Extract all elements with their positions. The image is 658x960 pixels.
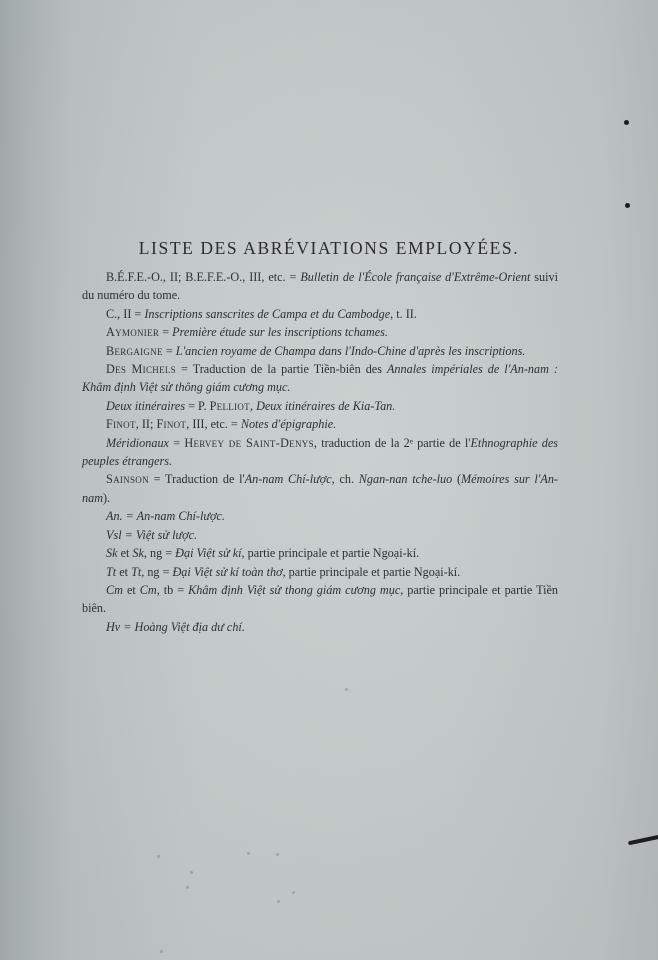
entry-text: , tb = [157,583,188,597]
italic-text: Deux itinéraires [106,399,185,413]
entry-text: , ng = [144,546,175,560]
italic-text: L'ancien royame de Champa dans l'Indo-Ch… [176,344,526,358]
entry-text: = P. [185,399,210,413]
author-name: Pelliot [210,399,250,413]
abbreviation-entry: Deux itinéraires = P. Pelliot, Deux itin… [82,397,558,415]
paper-foxing [186,886,189,889]
abbreviation-entry: Sainson = Traduction de l'An-nam Chí-lượ… [82,470,558,507]
italic-text: Hv = Hoàng Việt địa dư chí. [106,620,245,634]
abbreviation-entry: Sk et Sk, ng = Đại Việt sử kí, partie pr… [82,544,558,562]
italic-text: Vsl = Việt sử lược. [106,528,197,542]
entry-text: et [123,583,140,597]
entry-text: , II; [136,417,157,431]
entry-text: , traduction de la 2ᵉ partie de l' [314,436,471,450]
italic-text: Đại Việt sử kí [175,546,241,560]
paper-foxing [190,871,193,874]
italic-text: Inscriptions sanscrites de Campa et du C… [144,307,390,321]
entry-text: , partie principale et partie Ngoại-kí. [283,565,461,579]
italic-text: Sk [132,546,144,560]
abbreviation-entry: Vsl = Việt sử lược. [82,526,558,544]
entry-text: = [159,325,172,339]
abbreviation-entry: C., II = Inscriptions sanscrites de Camp… [82,305,558,323]
italic-text: Tt [131,565,141,579]
entry-text: ( [452,472,461,486]
abbreviation-entry: Hv = Hoàng Việt địa dư chí. [82,618,558,636]
italic-text: Ngan-nan tche-luo [359,472,452,486]
abbreviation-entry: Aymonier = Première étude sur les inscri… [82,323,558,341]
entry-text: , t. II. [390,307,417,321]
entry-text: = Traduction de la partie Tiền-biên des [176,362,387,376]
author-name: Des Michels [106,362,176,376]
abbreviation-list: B.É.F.E.-O., II; B.E.F.E.-O., III, etc. … [82,268,558,636]
entry-text: , partie principale et partie Ngoại-kí. [242,546,420,560]
italic-text: Đại Việt sử kí toàn thơ [172,565,282,579]
italic-text: Cm [106,583,123,597]
entry-text: , III, etc. = [186,417,241,431]
paper-foxing [345,688,348,691]
entry-text: ). [103,491,110,505]
binding-hole-mark [625,203,630,208]
italic-text: Première étude sur les inscriptions tcha… [172,325,388,339]
abbreviation-entry: Bergaigne = L'ancien royame de Champa da… [82,342,558,360]
author-name: Hervey de Saint-Denys [184,436,314,450]
paper-foxing [157,855,160,858]
paper-foxing [292,891,295,894]
italic-text: An. = An-nam Chí-lược. [106,509,225,523]
italic-text: Deux itinéraires de Kia-Tan. [256,399,395,413]
binding-hole-mark [624,120,629,125]
entry-text: = Traduction de l' [149,472,245,486]
italic-text: An-nam Chí-lược [245,472,332,486]
abbreviation-entry: Méridionaux = Hervey de Saint-Denys, tra… [82,434,558,471]
paper-foxing [160,950,163,953]
italic-text: Bulletin de l'École française d'Extrême-… [300,270,530,284]
entry-text: C., II = [106,307,144,321]
paper-foxing [247,852,250,855]
abbreviation-entry: Des Michels = Traduction de la partie Ti… [82,360,558,397]
entry-text: = [169,436,184,450]
ink-stroke-mark [628,835,658,846]
abbreviation-entry: Cm et Cm, tb = Khâm định Việt sử thong g… [82,581,558,618]
author-name: Bergaigne [106,344,163,358]
page-title: LISTE DES ABRÉVIATIONS EMPLOYÉES. [0,238,658,259]
italic-text: Méridionaux [106,436,169,450]
entry-text: , ng = [141,565,172,579]
italic-text: Khâm định Việt sử thong giám cương mục [188,583,400,597]
entry-text: , ch. [332,472,359,486]
abbreviation-entry: Tt et Tt, ng = Đại Việt sử kí toàn thơ, … [82,563,558,581]
entry-text: B.É.F.E.-O., II; B.E.F.E.-O., III, etc. … [106,270,300,284]
italic-text: Notes d'épigraphie. [241,417,336,431]
italic-text: Cm [140,583,157,597]
author-name: Sainson [106,472,149,486]
abbreviation-entry: Finot, II; Finot, III, etc. = Notes d'ép… [82,415,558,433]
paper-foxing [277,900,280,903]
paper-foxing [276,853,279,856]
abbreviation-entry: B.É.F.E.-O., II; B.E.F.E.-O., III, etc. … [82,268,558,305]
entry-text: = [163,344,176,358]
abbreviation-entry: An. = An-nam Chí-lược. [82,507,558,525]
italic-text: Sk [106,546,118,560]
author-name: Aymonier [106,325,159,339]
italic-text: Tt [106,565,116,579]
author-name: Finot [156,417,186,431]
entry-text: et [118,546,133,560]
author-name: Finot [106,417,136,431]
entry-text: et [116,565,131,579]
